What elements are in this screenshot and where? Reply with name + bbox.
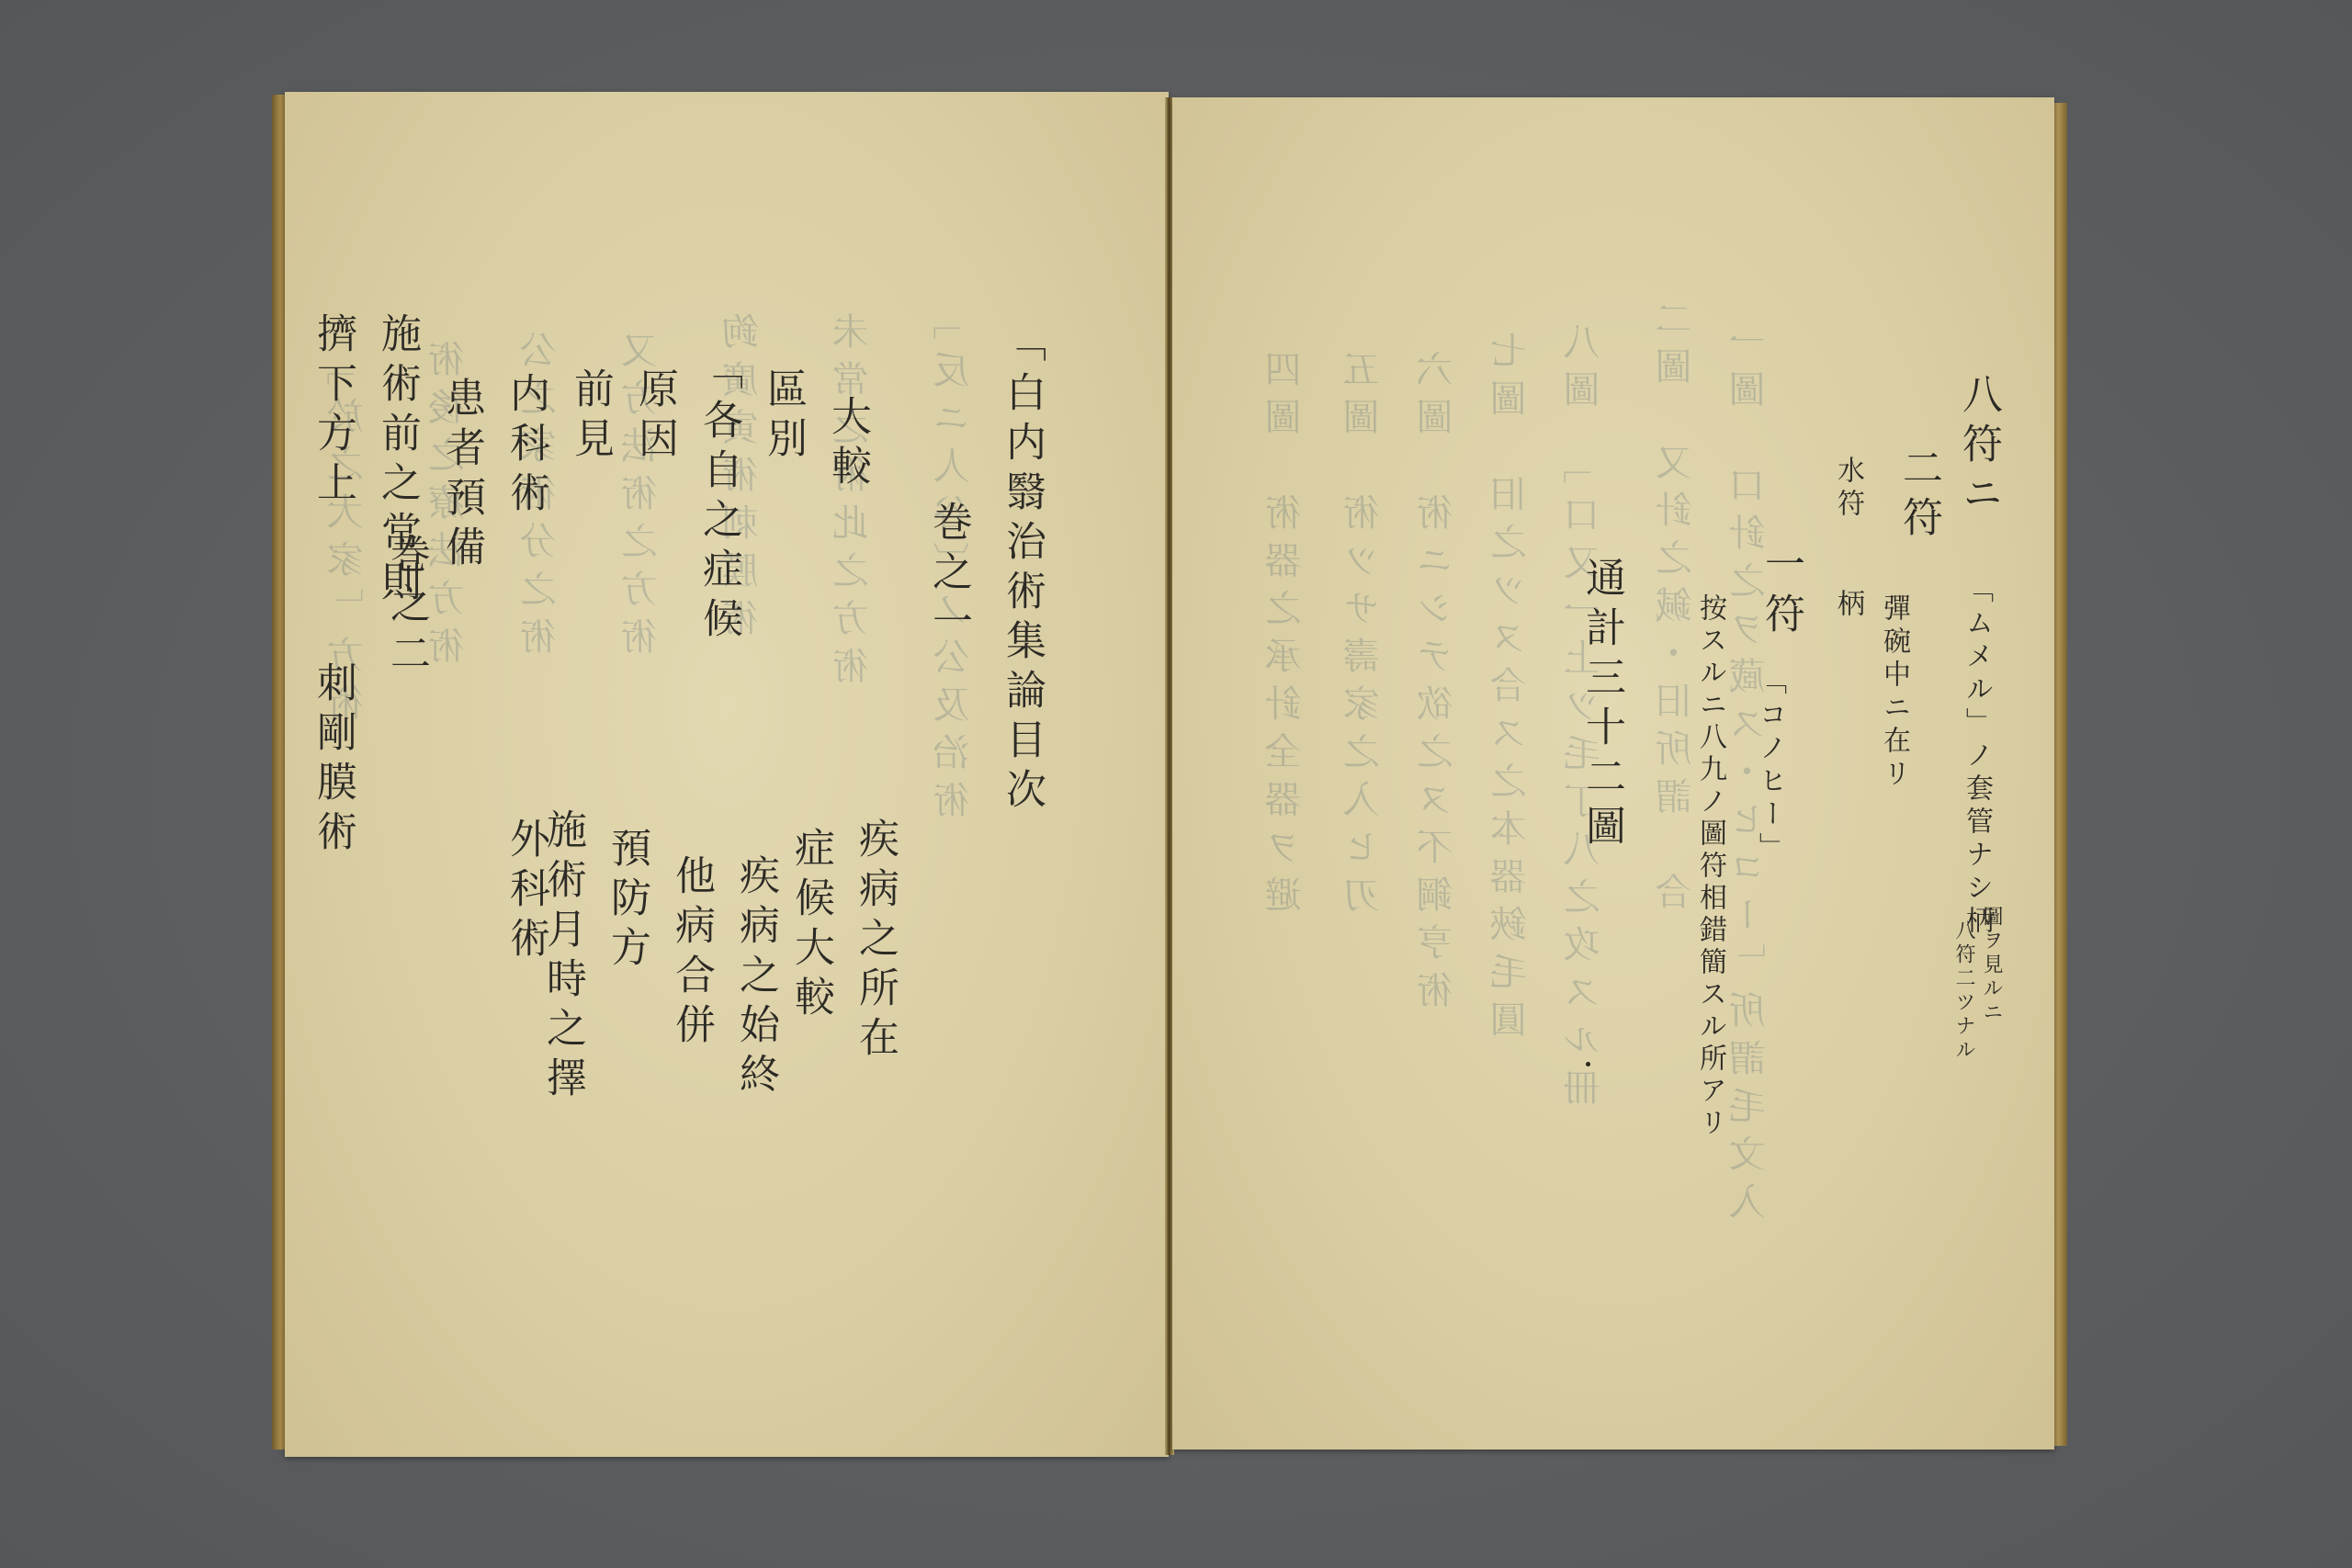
toc-volume-1-heading: 巻之一: [928, 501, 968, 649]
bleed-through-text: 七圖 旧之ツヌ合ス之本器鋏毛圓: [1485, 332, 1537, 1250]
toc-entry: 擠下方上: [312, 312, 353, 511]
toc-entry: 内科術: [505, 372, 546, 521]
left-page: 「反ニ人谷〕ノ公及治術 未常之術此之方術 鉤廣寅術刺膜術 又方法術之方術 公之家…: [285, 92, 1169, 1457]
toc-title: 「白内翳治術集論目次: [1001, 321, 1042, 818]
right-page: 一圖 口針之ヲ蔵ス・ヒコー」所謂毛文入 二圖 又針之鍼・旧所謂 合 八圖 「口又…: [1172, 97, 2054, 1450]
toc-entry: 症候大較: [790, 827, 831, 1025]
bleed-through-text: 「反ニ人谷〕ノ公及治術: [928, 303, 980, 1130]
toc-entry: 外科術: [505, 818, 546, 966]
figure-note-column: 「コノヒー」: [1756, 667, 1783, 865]
toc-entry: 疾病之始終: [735, 854, 775, 1102]
toc-entry: 預防方: [606, 827, 647, 976]
figure-note-column: 彈碗中ニ在リ: [1880, 593, 1907, 792]
toc-entry: 前見: [570, 367, 610, 467]
total-figures-note: 通計三十二圖: [1581, 557, 1622, 854]
figure-note-column: 一符: [1760, 543, 1801, 642]
right-page-edge: [2052, 103, 2067, 1446]
toc-entry: 原因: [634, 367, 674, 467]
bleed-through-text: 六圖 術ニシテ欲之ヌ不鋼亨術: [1411, 350, 1464, 1269]
toc-volume-2-heading: 巻之二: [386, 533, 426, 682]
bleed-through-text: 四圖 術器之承針全器ヲ避: [1260, 350, 1312, 1269]
toc-entry: 刺剛膜術: [312, 661, 353, 860]
toc-entry: 大較: [827, 395, 867, 494]
figure-note-column: 八符ニ: [1958, 373, 1998, 522]
collation-note: 按スルニ八九ノ圖符相錯簡スル所アリ: [1696, 593, 1724, 1140]
toc-entry: 他病合併: [671, 854, 711, 1053]
open-book: 「反ニ人谷〕ノ公及治術 未常之術此之方術 鉤廣寅術刺膜術 又方法術之方術 公之家…: [0, 0, 2352, 1568]
bleed-through-text: 五圖 術ツサ壽家之入ヒ刃: [1338, 350, 1390, 1269]
toc-entry: 「各自之症候: [698, 349, 739, 647]
ink-spot: [1586, 1062, 1590, 1066]
toc-entry: 患者預備: [441, 377, 481, 575]
figure-note-column: 二符: [1898, 446, 1939, 546]
figure-note-column: 「ムメル」ノ套管ナシ柄: [1962, 575, 1990, 939]
toc-entry: 疾病之所在: [854, 818, 895, 1066]
figure-note-column: 水符: [1834, 456, 1861, 522]
toc-entry: 區別: [763, 367, 803, 467]
figure-note-column: 柄: [1834, 589, 1861, 622]
margin-note: 八符二ツナル: [1953, 919, 1973, 1063]
margin-note: 圖ヲ見ルニ: [1981, 906, 2001, 1025]
